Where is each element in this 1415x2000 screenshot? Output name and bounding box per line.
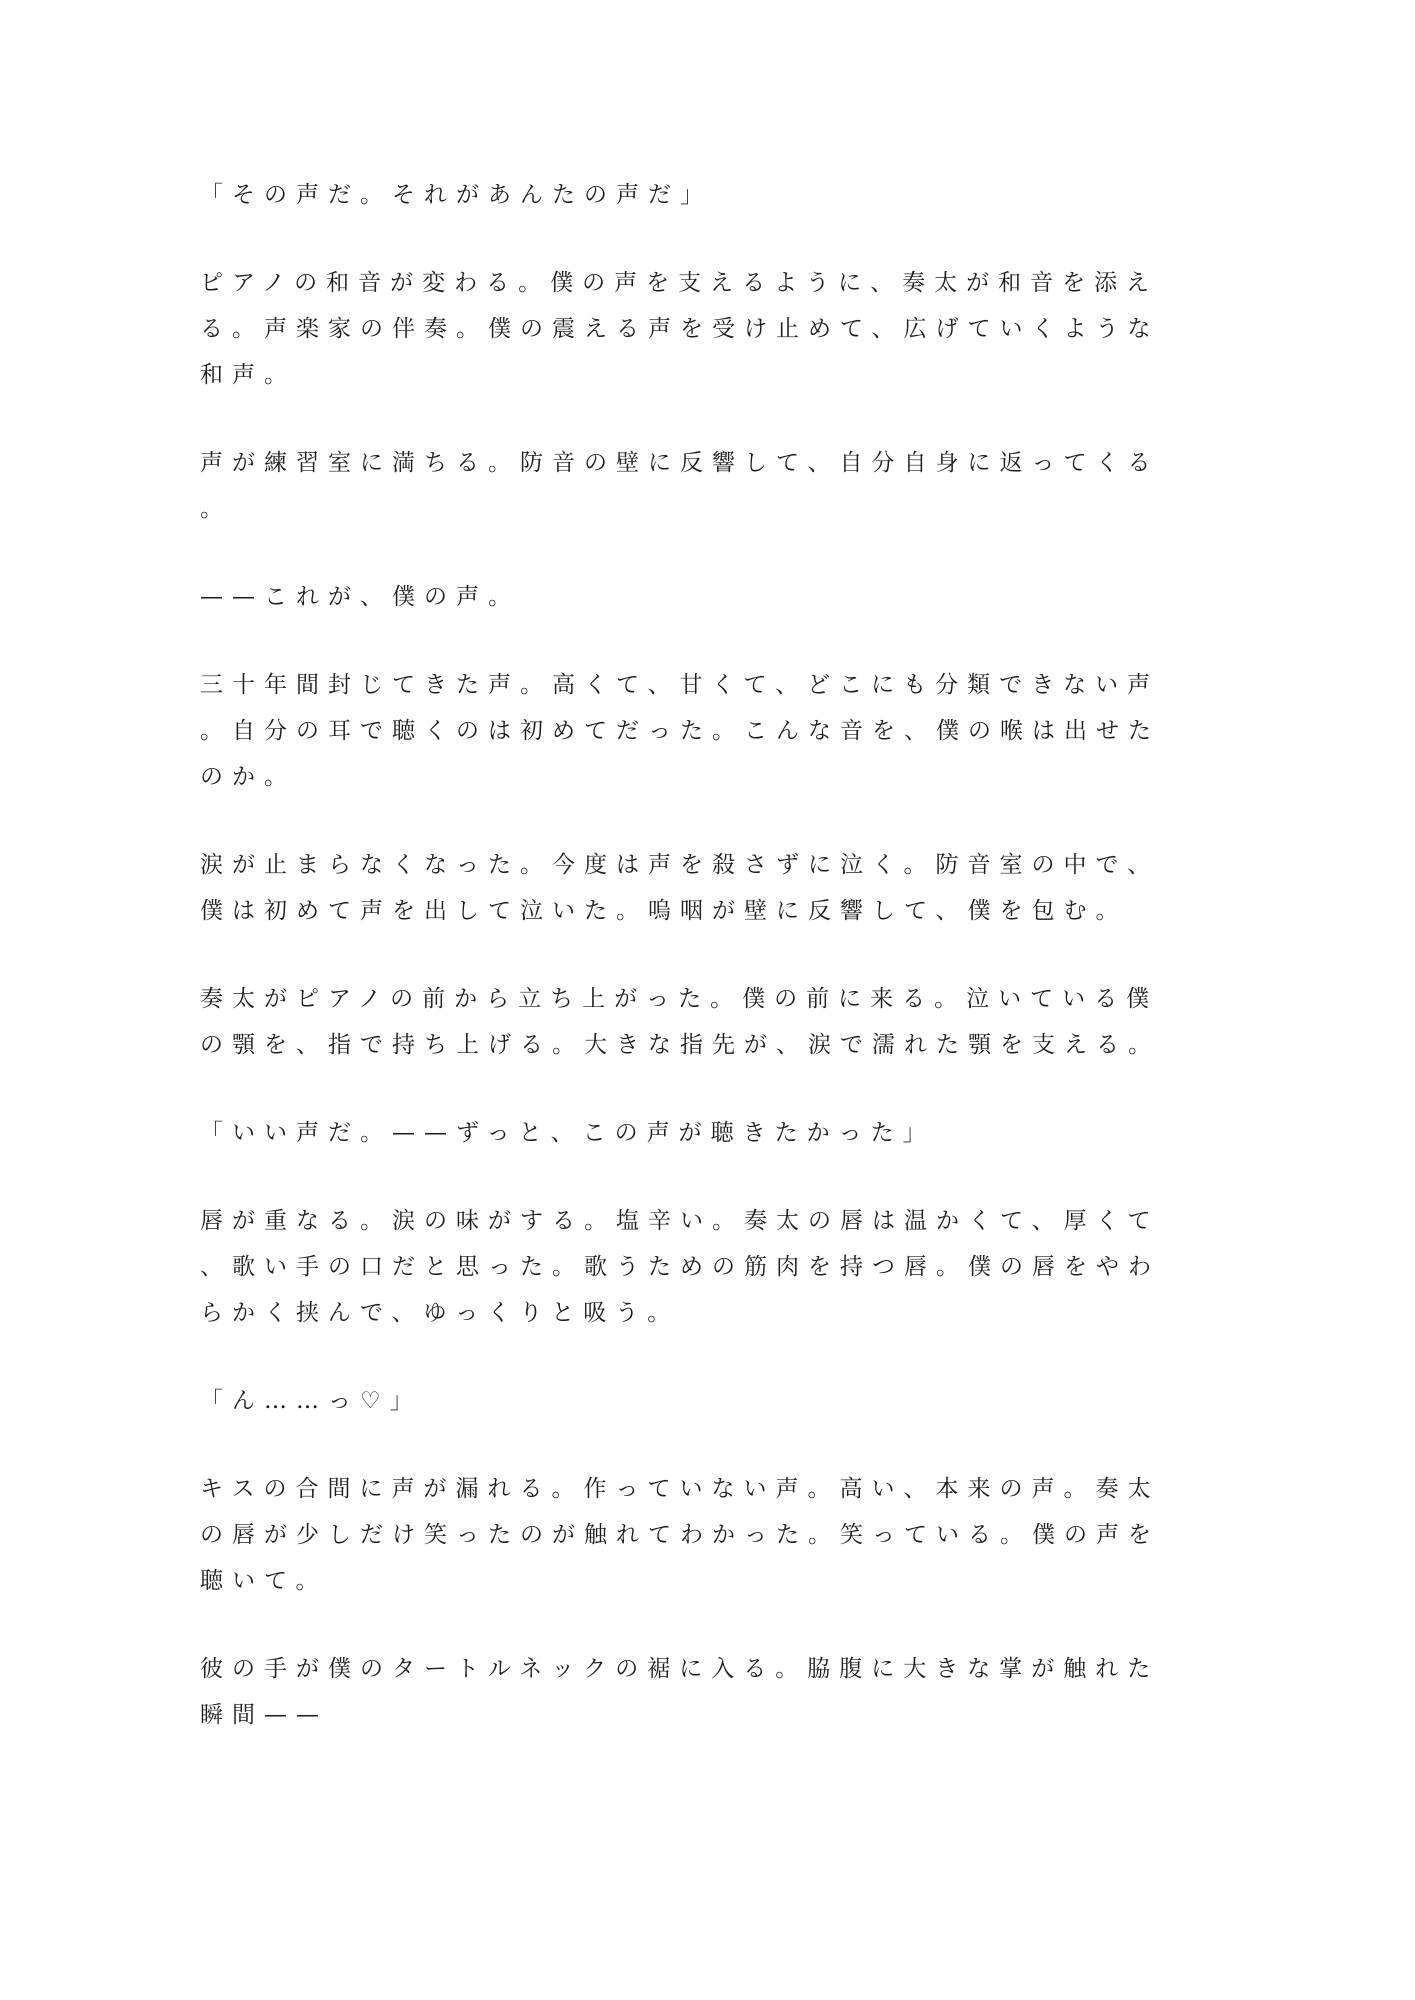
paragraph-4: ——これが、僕の声。 [200,574,1180,620]
paragraph-2: ピアノの和音が変わる。僕の声を支えるように、奏太が和音を添え る。声楽家の伴奏。… [200,260,1180,398]
text-line: のか。 [200,754,1180,800]
paragraph-dialogue-3: 「ん……っ♡」 [200,1378,1180,1424]
text-line: 僕は初めて声を出して泣いた。嗚咽が壁に反響して、僕を包む。 [200,888,1180,934]
text-line: 「いい声だ。——ずっと、この声が聴きたかった」 [200,1110,1180,1156]
paragraph-5: 三十年間封じてきた声。高くて、甘くて、どこにも分類できない声 。自分の耳で聴くの… [200,662,1180,800]
paragraph-dialogue-2: 「いい声だ。——ずっと、この声が聴きたかった」 [200,1110,1180,1156]
text-line: ピアノの和音が変わる。僕の声を支えるように、奏太が和音を添え [200,260,1180,306]
text-line: 、歌い手の口だと思った。歌うための筋肉を持つ唇。僕の唇をやわ [200,1244,1180,1290]
text-line: の唇が少しだけ笑ったのが触れてわかった。笑っている。僕の声を [200,1512,1180,1558]
document-page: 「その声だ。それがあんたの声だ」 ピアノの和音が変わる。僕の声を支えるように、奏… [200,172,1180,1780]
text-line: の顎を、指で持ち上げる。大きな指先が、涙で濡れた顎を支える。 [200,1022,1180,1068]
text-line: 唇が重なる。涙の味がする。塩辛い。奏太の唇は温かくて、厚くて [200,1198,1180,1244]
text-line: 瞬間—— [200,1692,1180,1738]
text-line: ——これが、僕の声。 [200,574,1180,620]
paragraph-12: 彼の手が僕のタートルネックの裾に入る。脇腹に大きな掌が触れた 瞬間—— [200,1646,1180,1738]
text-line: キスの合間に声が漏れる。作っていない声。高い、本来の声。奏太 [200,1466,1180,1512]
text-line: 三十年間封じてきた声。高くて、甘くて、どこにも分類できない声 [200,662,1180,708]
text-line: らかく挟んで、ゆっくりと吸う。 [200,1290,1180,1336]
text-line: 。 [200,486,1180,532]
paragraph-dialogue-1: 「その声だ。それがあんたの声だ」 [200,172,1180,218]
paragraph-7: 奏太がピアノの前から立ち上がった。僕の前に来る。泣いている僕 の顎を、指で持ち上… [200,976,1180,1068]
paragraph-6: 涙が止まらなくなった。今度は声を殺さずに泣く。防音室の中で、 僕は初めて声を出し… [200,842,1180,934]
text-line: 声が練習室に満ちる。防音の壁に反響して、自分自身に返ってくる [200,440,1180,486]
text-line: 「その声だ。それがあんたの声だ」 [200,172,1180,218]
paragraph-9: 唇が重なる。涙の味がする。塩辛い。奏太の唇は温かくて、厚くて 、歌い手の口だと思… [200,1198,1180,1336]
text-line: る。声楽家の伴奏。僕の震える声を受け止めて、広げていくような [200,306,1180,352]
paragraph-3: 声が練習室に満ちる。防音の壁に反響して、自分自身に返ってくる 。 [200,440,1180,532]
text-line: 「ん……っ♡」 [200,1378,1180,1424]
text-line: 聴いて。 [200,1558,1180,1604]
text-line: 涙が止まらなくなった。今度は声を殺さずに泣く。防音室の中で、 [200,842,1180,888]
paragraph-11: キスの合間に声が漏れる。作っていない声。高い、本来の声。奏太 の唇が少しだけ笑っ… [200,1466,1180,1604]
text-line: 奏太がピアノの前から立ち上がった。僕の前に来る。泣いている僕 [200,976,1180,1022]
text-line: 彼の手が僕のタートルネックの裾に入る。脇腹に大きな掌が触れた [200,1646,1180,1692]
text-line: 。自分の耳で聴くのは初めてだった。こんな音を、僕の喉は出せた [200,708,1180,754]
text-line: 和声。 [200,352,1180,398]
